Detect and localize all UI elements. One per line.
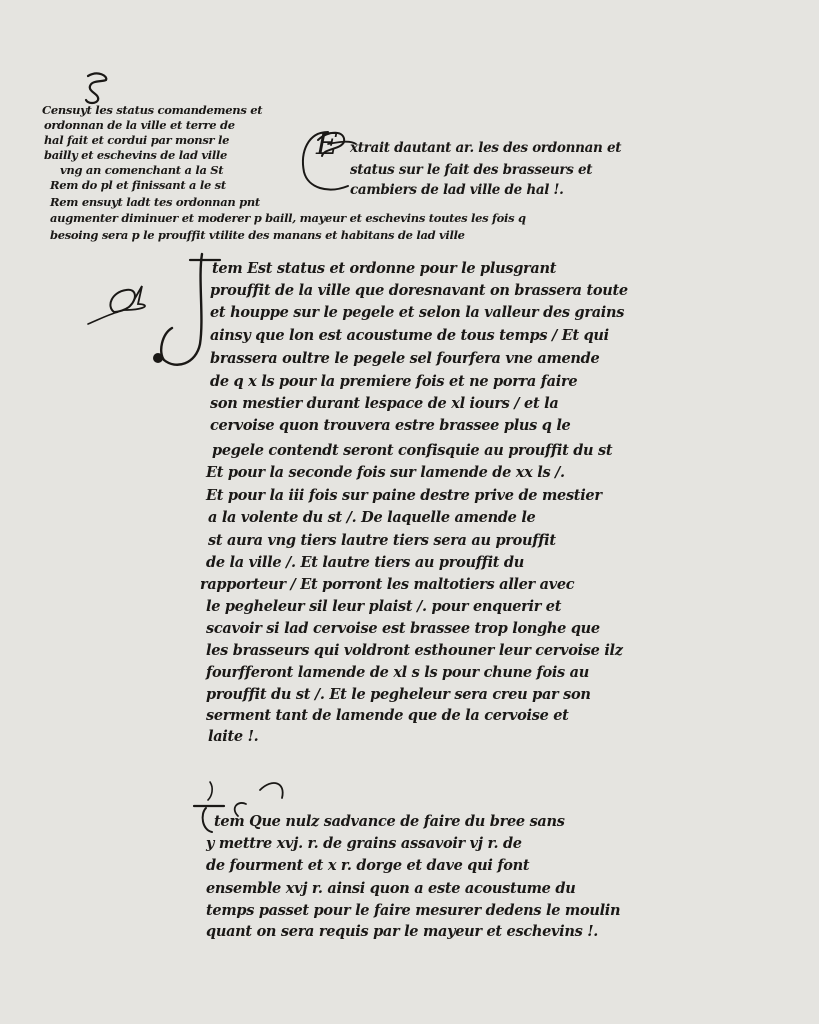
paragraph-line: son mestier durant lespace de xl iours /… <box>210 395 558 412</box>
paragraph-line: a la volente du st /. De laquelle amende… <box>208 509 535 526</box>
paragraph-line: pegele contendt seront confisquie au pro… <box>212 442 612 459</box>
paragraph-line: ainsy que lon est acoustume de tous temp… <box>210 327 609 344</box>
paragraph-line: de q x ls pour la premiere fois et ne po… <box>210 373 577 390</box>
paragraph-line: laite !. <box>208 728 258 745</box>
paragraph-line: y mettre xvj. r. de grains assavoir vj r… <box>206 835 522 852</box>
initial-i-flourish-icon <box>140 248 220 378</box>
heading-line: status sur le fait des brasseurs et <box>350 162 592 178</box>
paragraph-line: prouffit du st /. Et le pegheleur sera c… <box>206 686 591 703</box>
paragraph-line: temps passet pour le faire mesurer deden… <box>206 902 620 919</box>
paragraph-line: fourfferont lamende de xl s ls pour chun… <box>206 664 589 681</box>
margin-line: besoing sera p le prouffit vtilite des m… <box>50 228 465 242</box>
margin-line: vng an comenchant a la St <box>60 163 223 177</box>
paragraph-line: quant on sera requis par le mayeur et es… <box>206 923 598 940</box>
paragraph-line: de fourment et x r. dorge et dave qui fo… <box>206 857 529 874</box>
paragraph-line: scavoir si lad cervoise est brassee trop… <box>206 620 600 637</box>
margin-line: Censuyt les status comandemens et <box>42 103 262 117</box>
margin-line: augmenter diminuer et moderer p baill, m… <box>50 211 526 225</box>
manuscript-page: Censuyt les status comandemens et ordonn… <box>0 0 819 1024</box>
paragraph-line: les brasseurs qui voldront esthouner leu… <box>206 642 623 659</box>
paragraph-line: prouffit de la ville que doresnavant on … <box>210 282 628 299</box>
paragraph-line: st aura vng tiers lautre tiers sera au p… <box>208 532 556 549</box>
paragraph-line: cervoise quon trouvera estre brassee plu… <box>210 417 570 434</box>
heading-initial: E <box>316 130 338 160</box>
margin-line: bailly et eschevins de lad ville <box>44 148 227 162</box>
paragraph-line: ensemble xvj r. ainsi quon a este acoust… <box>206 880 575 897</box>
paragraph-line: tem Est status et ordonne pour le plusgr… <box>212 260 556 277</box>
paragraph-line: brassera oultre le pegele sel fourfera v… <box>210 350 599 367</box>
margin-line: Rem do pl et finissant a le st <box>50 178 226 192</box>
paragraph-line: serment tant de lamende que de la cervoi… <box>206 707 569 724</box>
paragraph-line: Et pour la iii fois sur paine destre pri… <box>206 487 602 504</box>
margin-line: Rem ensuyt ladt tes ordonnan pnt <box>50 195 260 209</box>
margin-line: ordonnan de la ville et terre de <box>44 118 235 132</box>
paragraph-line: et houppe sur le pegele et selon la vall… <box>210 304 624 321</box>
paragraph-line: le pegheleur sil leur plaist /. pour enq… <box>206 598 561 615</box>
heading-line: xtrait dautant ar. les des ordonnan et <box>350 140 621 156</box>
paragraph-line: tem Que nulz sadvance de faire du bree s… <box>214 813 565 830</box>
heading-line: cambiers de lad ville de hal !. <box>350 182 564 198</box>
paragraph-line: de la ville /. Et lautre tiers au prouff… <box>206 554 524 571</box>
paragraph-line: rapporteur / Et porront les maltotiers a… <box>200 576 574 593</box>
margin-line: hal fait et cordui par monsr le <box>44 133 229 147</box>
paragraph-line: Et pour la seconde fois sur lamende de x… <box>206 464 565 481</box>
